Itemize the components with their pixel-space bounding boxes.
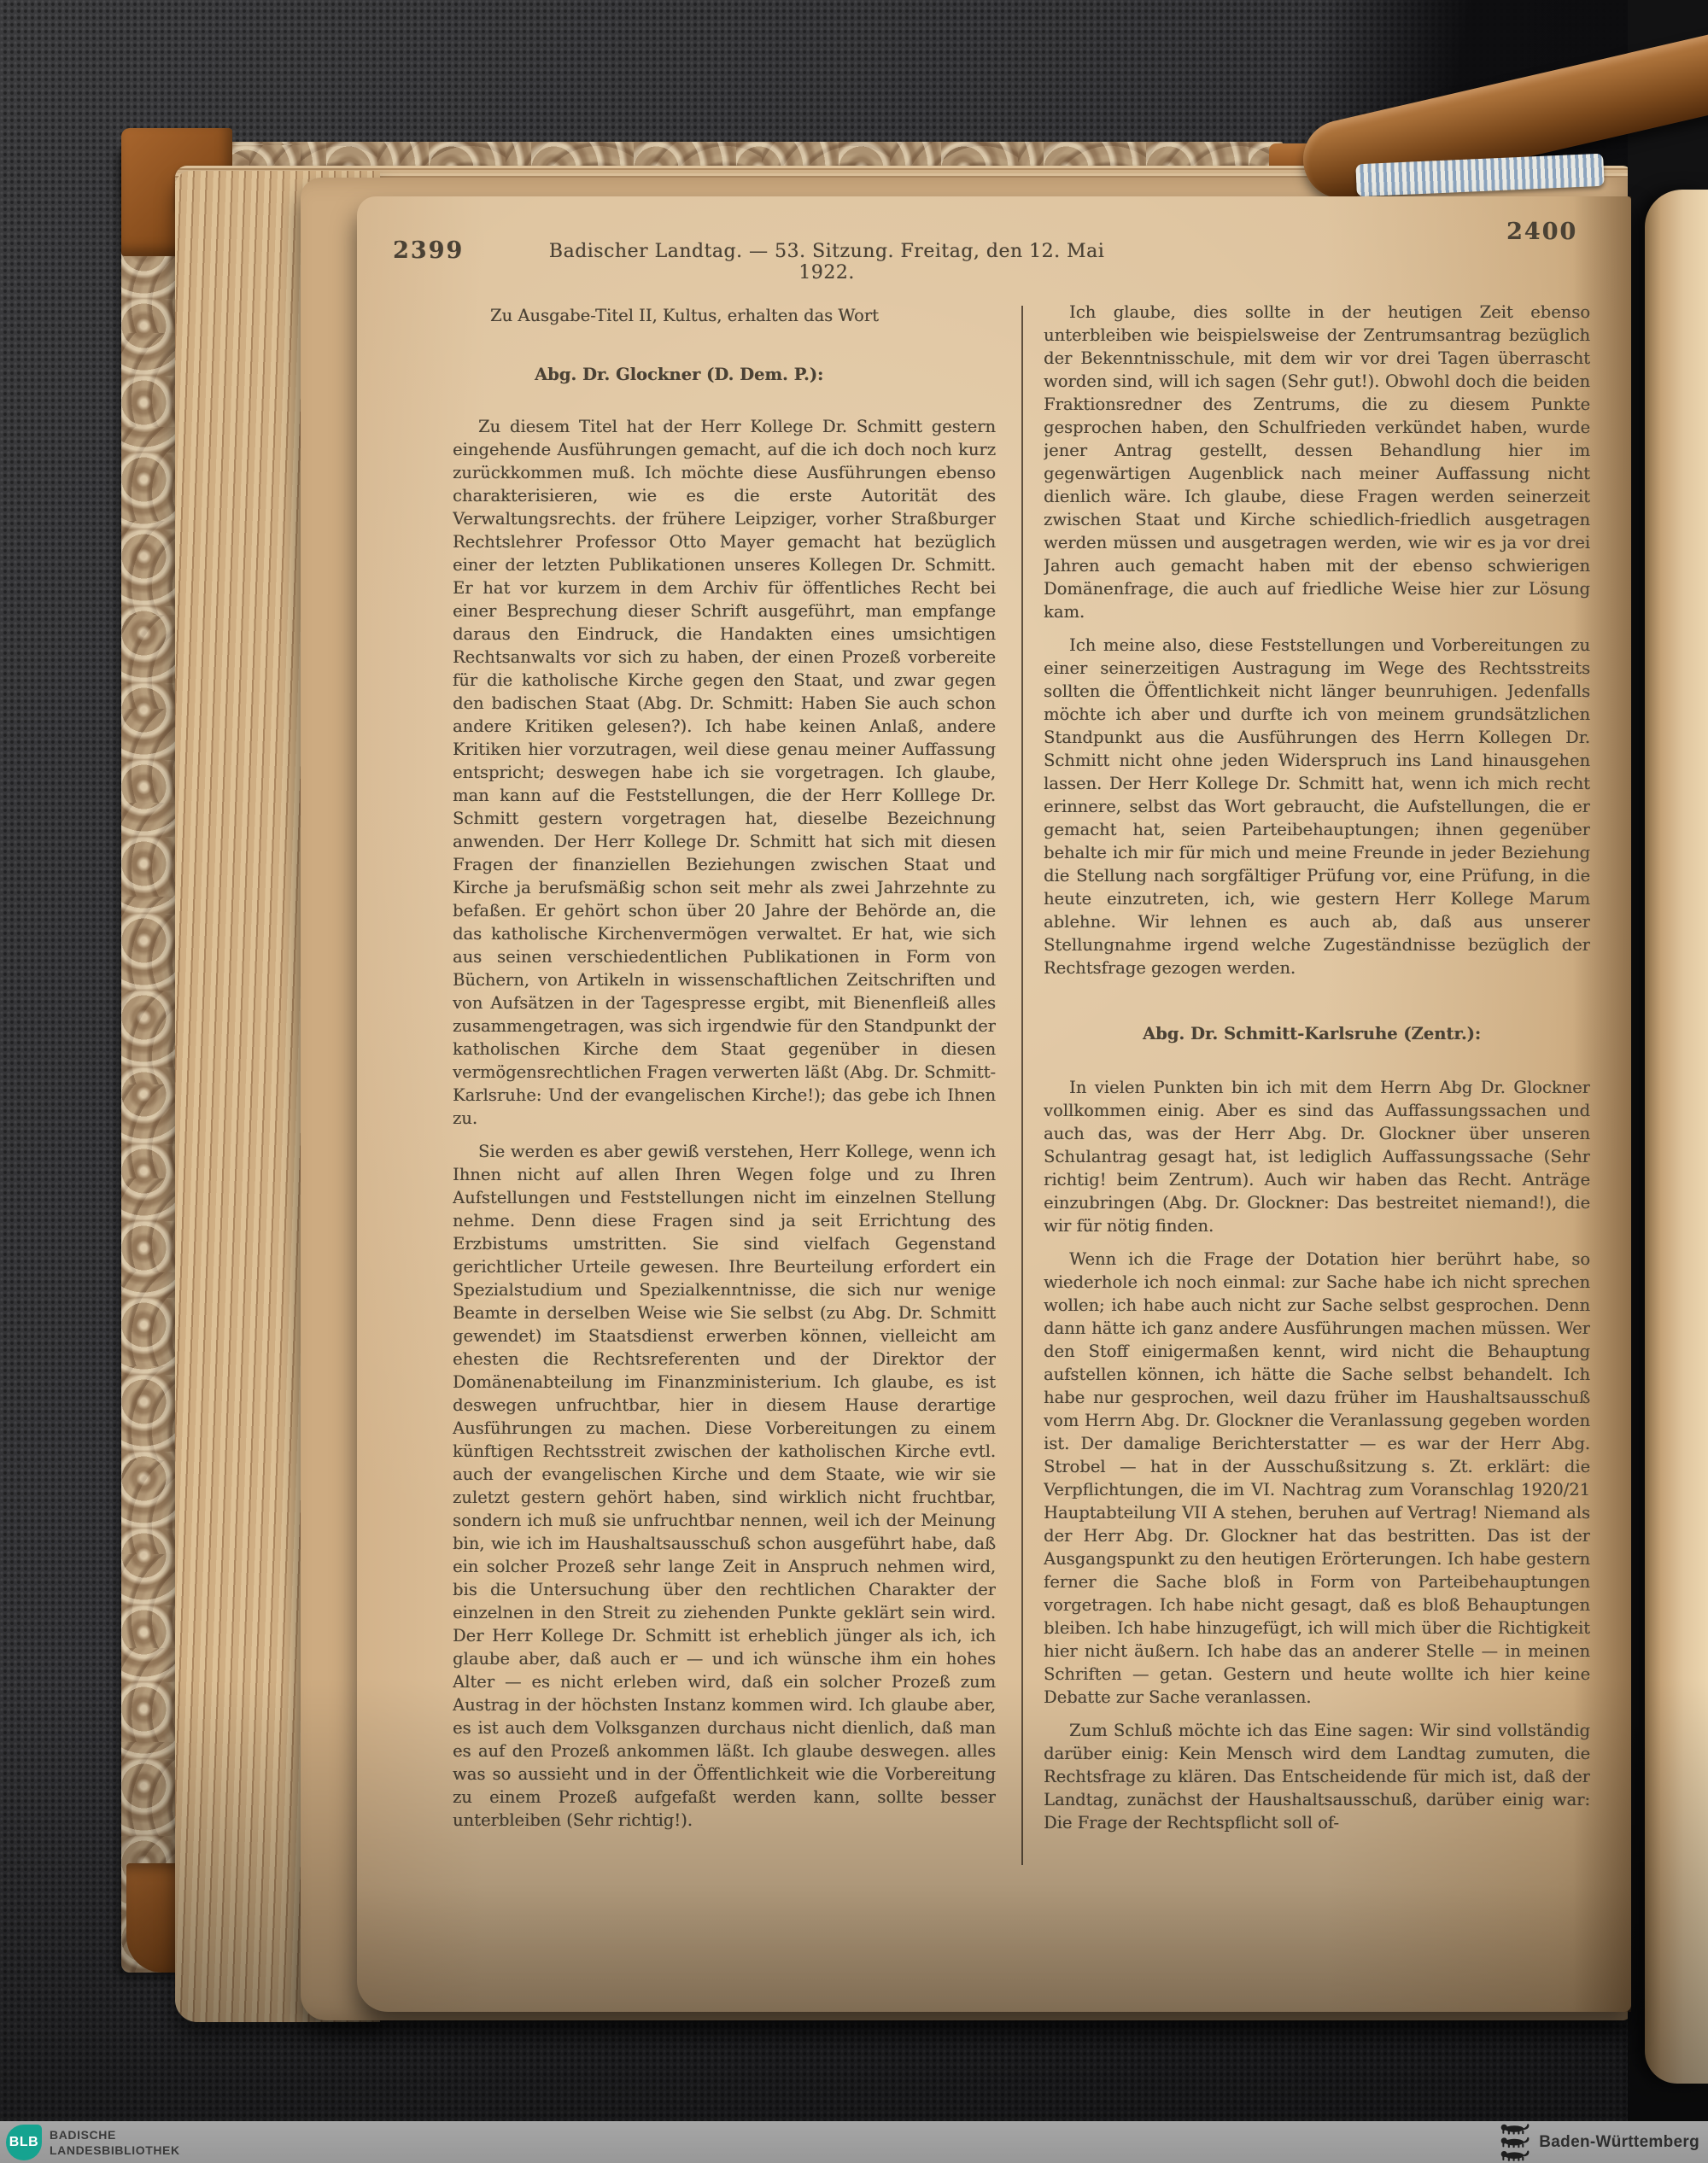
para-block: Wenn ich die Frage der Dotation hier ber… (1044, 1248, 1590, 1709)
baden-wuerttemberg-logo: Baden-Württemberg (1500, 2121, 1699, 2163)
text-column-right: Ich glaube, dies sollte in der heutigen … (1044, 301, 1590, 1879)
blb-line2: LANDESBIBLIOTHEK (50, 2143, 180, 2158)
digitized-book-scan: 2399 Badischer Landtag. — 53. Sitzung. F… (0, 0, 1708, 2163)
blb-line1: BADISCHE (50, 2127, 180, 2143)
para-block: In vielen Punkten bin ich mit dem Herrn … (1044, 1076, 1590, 1237)
blb-library-name: BADISCHE LANDESBIBLIOTHEK (50, 2127, 180, 2158)
running-head: Badischer Landtag. — 53. Sitzung. Freita… (523, 241, 1131, 284)
para-block: Ich glaube, dies sollte in der heutigen … (1044, 301, 1590, 623)
speaker-block: Abg. Dr. Schmitt-Karlsruhe (Zentr.): (1044, 1022, 1590, 1045)
speaker-block: Abg. Dr. Glockner (D. Dem. P.): (453, 363, 996, 386)
blb-logo: BLB (6, 2125, 42, 2160)
page-number-left: 2399 (393, 237, 464, 264)
text-column-left: Zu Ausgabe-Titel II, Kultus, erhalten da… (453, 304, 996, 1892)
para-block: Zu diesem Titel hat der Herr Kollege Dr.… (453, 415, 996, 1130)
bottom-vignette (0, 1677, 1708, 2121)
intro-block: Zu Ausgabe-Titel II, Kultus, erhalten da… (453, 304, 996, 327)
column-divider-rule (1021, 306, 1023, 1865)
baden-wuerttemberg-label: Baden-Württemberg (1539, 2133, 1699, 2152)
page-number-right: 2400 (1506, 219, 1577, 245)
digitization-footer-strip: BLB BADISCHE LANDESBIBLIOTHEK (0, 2121, 1708, 2163)
para-block: Ich meine also, diese Feststellungen und… (1044, 634, 1590, 979)
three-lions-coat-of-arms-icon (1500, 2123, 1530, 2162)
